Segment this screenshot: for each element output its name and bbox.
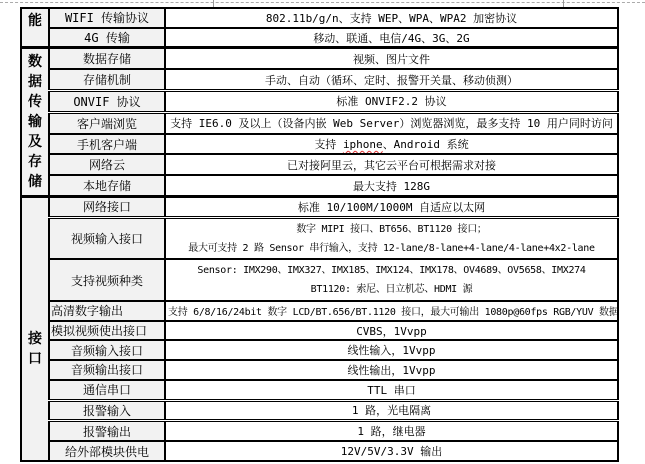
row-value: CVBS，1Vvpp (165, 321, 618, 341)
row-label: 数据存储 (49, 48, 165, 69)
table-row: 手机客户端支持 iphone、Android 系统 (21, 134, 618, 155)
table-row: 数 据 传 输 及 存 储数据存储视频、图片文件 (21, 48, 618, 69)
row-value: 12V/5V/3.3V 输出 (165, 441, 618, 461)
row-value: Sensor: IMX290、IMX327、IMX185、IMX124、IMX1… (165, 259, 618, 301)
table-row: 网络云已对接阿里云，其它云平台可根据需求对接 (21, 154, 618, 175)
table-row: 能WIFI 传输协议802.11b/g/n、支持 WEP、WPA、WPA2 加密… (21, 8, 618, 28)
row-label: 视频输入接口 (49, 217, 165, 259)
table-row: 存储机制手动、自动（循环、定时、报警开关量、移动侦测） (21, 69, 618, 90)
table-row: 客户端浏览支持 IE6.0 及以上（设备内嵌 Web Server）浏览器浏览，… (21, 112, 618, 133)
row-label: 客户端浏览 (49, 112, 165, 133)
ruler-tick (563, 0, 564, 7)
row-value: 支持 iphone、Android 系统 (165, 134, 618, 155)
table-row: 视频输入接口数字 MIPI 接口、BT656、BT1120 接口；最大可支持 2… (21, 217, 618, 259)
table-row: 给外部模块供电12V/5V/3.3V 输出 (21, 441, 618, 461)
table-row: 本地存储最大支持 128G (21, 175, 618, 196)
table-row: ONVIF 协议标准 ONVIF2.2 协议 (21, 91, 618, 113)
ruler-tick (213, 0, 214, 7)
category-cell: 能 (21, 8, 49, 48)
row-value: 线性输入，1Vvpp (165, 340, 618, 360)
row-label: 网络云 (49, 154, 165, 175)
row-label: 报警输入 (49, 400, 165, 421)
row-value: 1 路，继电器 (165, 421, 618, 441)
table-row: 支持视频种类Sensor: IMX290、IMX327、IMX185、IMX12… (21, 259, 618, 301)
row-value: 线性输出，1Vvpp (165, 360, 618, 380)
table-row: 通信串口TTL 串口 (21, 380, 618, 400)
row-value: 1 路，光电隔离 (165, 400, 618, 421)
row-label: WIFI 传输协议 (49, 8, 165, 28)
row-label: 支持视频种类 (49, 259, 165, 301)
table-row: 报警输入1 路，光电隔离 (21, 400, 618, 421)
row-label: 报警输出 (49, 421, 165, 441)
row-value: 标准 ONVIF2.2 协议 (165, 91, 618, 113)
row-value-line: Sensor: IMX290、IMX327、IMX185、IMX124、IMX1… (168, 261, 615, 280)
row-value: 标准 10/100M/1000M 自适应以太网 (165, 197, 618, 218)
row-value: 支持 IE6.0 及以上（设备内嵌 Web Server）浏览器浏览，最多支持 … (165, 112, 618, 133)
row-value: 支持 6/8/16/24bit 数字 LCD/BT.656/BT.1120 接口… (165, 301, 618, 321)
table-row: 模拟视频使出接口CVBS，1Vvpp (21, 321, 618, 341)
row-value: 802.11b/g/n、支持 WEP、WPA、WPA2 加密协议 (165, 8, 618, 28)
row-label: 4G 传输 (49, 28, 165, 48)
misspelled-word: iphone (343, 138, 383, 151)
category-cell: 数 据 传 输 及 存 储 (21, 48, 49, 197)
row-label: 存储机制 (49, 69, 165, 90)
row-label: 音频输入接口 (49, 340, 165, 360)
table-row: 报警输出1 路，继电器 (21, 421, 618, 441)
row-label: ONVIF 协议 (49, 91, 165, 113)
category-cell: 接 口 (21, 197, 49, 461)
spec-table: 能WIFI 传输协议802.11b/g/n、支持 WEP、WPA、WPA2 加密… (20, 7, 619, 462)
row-label: 给外部模块供电 (49, 441, 165, 461)
row-value: 数字 MIPI 接口、BT656、BT1120 接口；最大可支持 2 路 Sen… (165, 217, 618, 259)
table-row: 接 口网络接口标准 10/100M/1000M 自适应以太网 (21, 197, 618, 218)
table-row: 音频输出接口线性输出，1Vvpp (21, 360, 618, 380)
row-value-line: 最大可支持 2 路 Sensor 串行输入，支持 12-lane/8-lane+… (168, 239, 615, 258)
row-value: 手动、自动（循环、定时、报警开关量、移动侦测） (165, 69, 618, 90)
row-value: 移动、联通、电信/4G、3G、2G (165, 28, 618, 48)
row-label: 通信串口 (49, 380, 165, 400)
table-row: 4G 传输移动、联通、电信/4G、3G、2G (21, 28, 618, 48)
row-value: TTL 串口 (165, 380, 618, 400)
row-label: 高清数字输出 (49, 301, 165, 321)
table-row: 高清数字输出支持 6/8/16/24bit 数字 LCD/BT.656/BT.1… (21, 301, 618, 321)
row-label: 本地存储 (49, 175, 165, 196)
row-value-line: 数字 MIPI 接口、BT656、BT1120 接口； (168, 220, 615, 239)
page-break-dashes (0, 2, 645, 3)
row-value-line: BT1120: 索尼、日立机芯、HDMI 源 (168, 280, 615, 299)
table-row: 音频输入接口线性输入，1Vvpp (21, 340, 618, 360)
row-label: 模拟视频使出接口 (49, 321, 165, 341)
row-value: 已对接阿里云，其它云平台可根据需求对接 (165, 154, 618, 175)
row-value: 视频、图片文件 (165, 48, 618, 69)
row-label: 手机客户端 (49, 134, 165, 155)
row-value: 最大支持 128G (165, 175, 618, 196)
row-label: 音频输出接口 (49, 360, 165, 380)
row-label: 网络接口 (49, 197, 165, 218)
